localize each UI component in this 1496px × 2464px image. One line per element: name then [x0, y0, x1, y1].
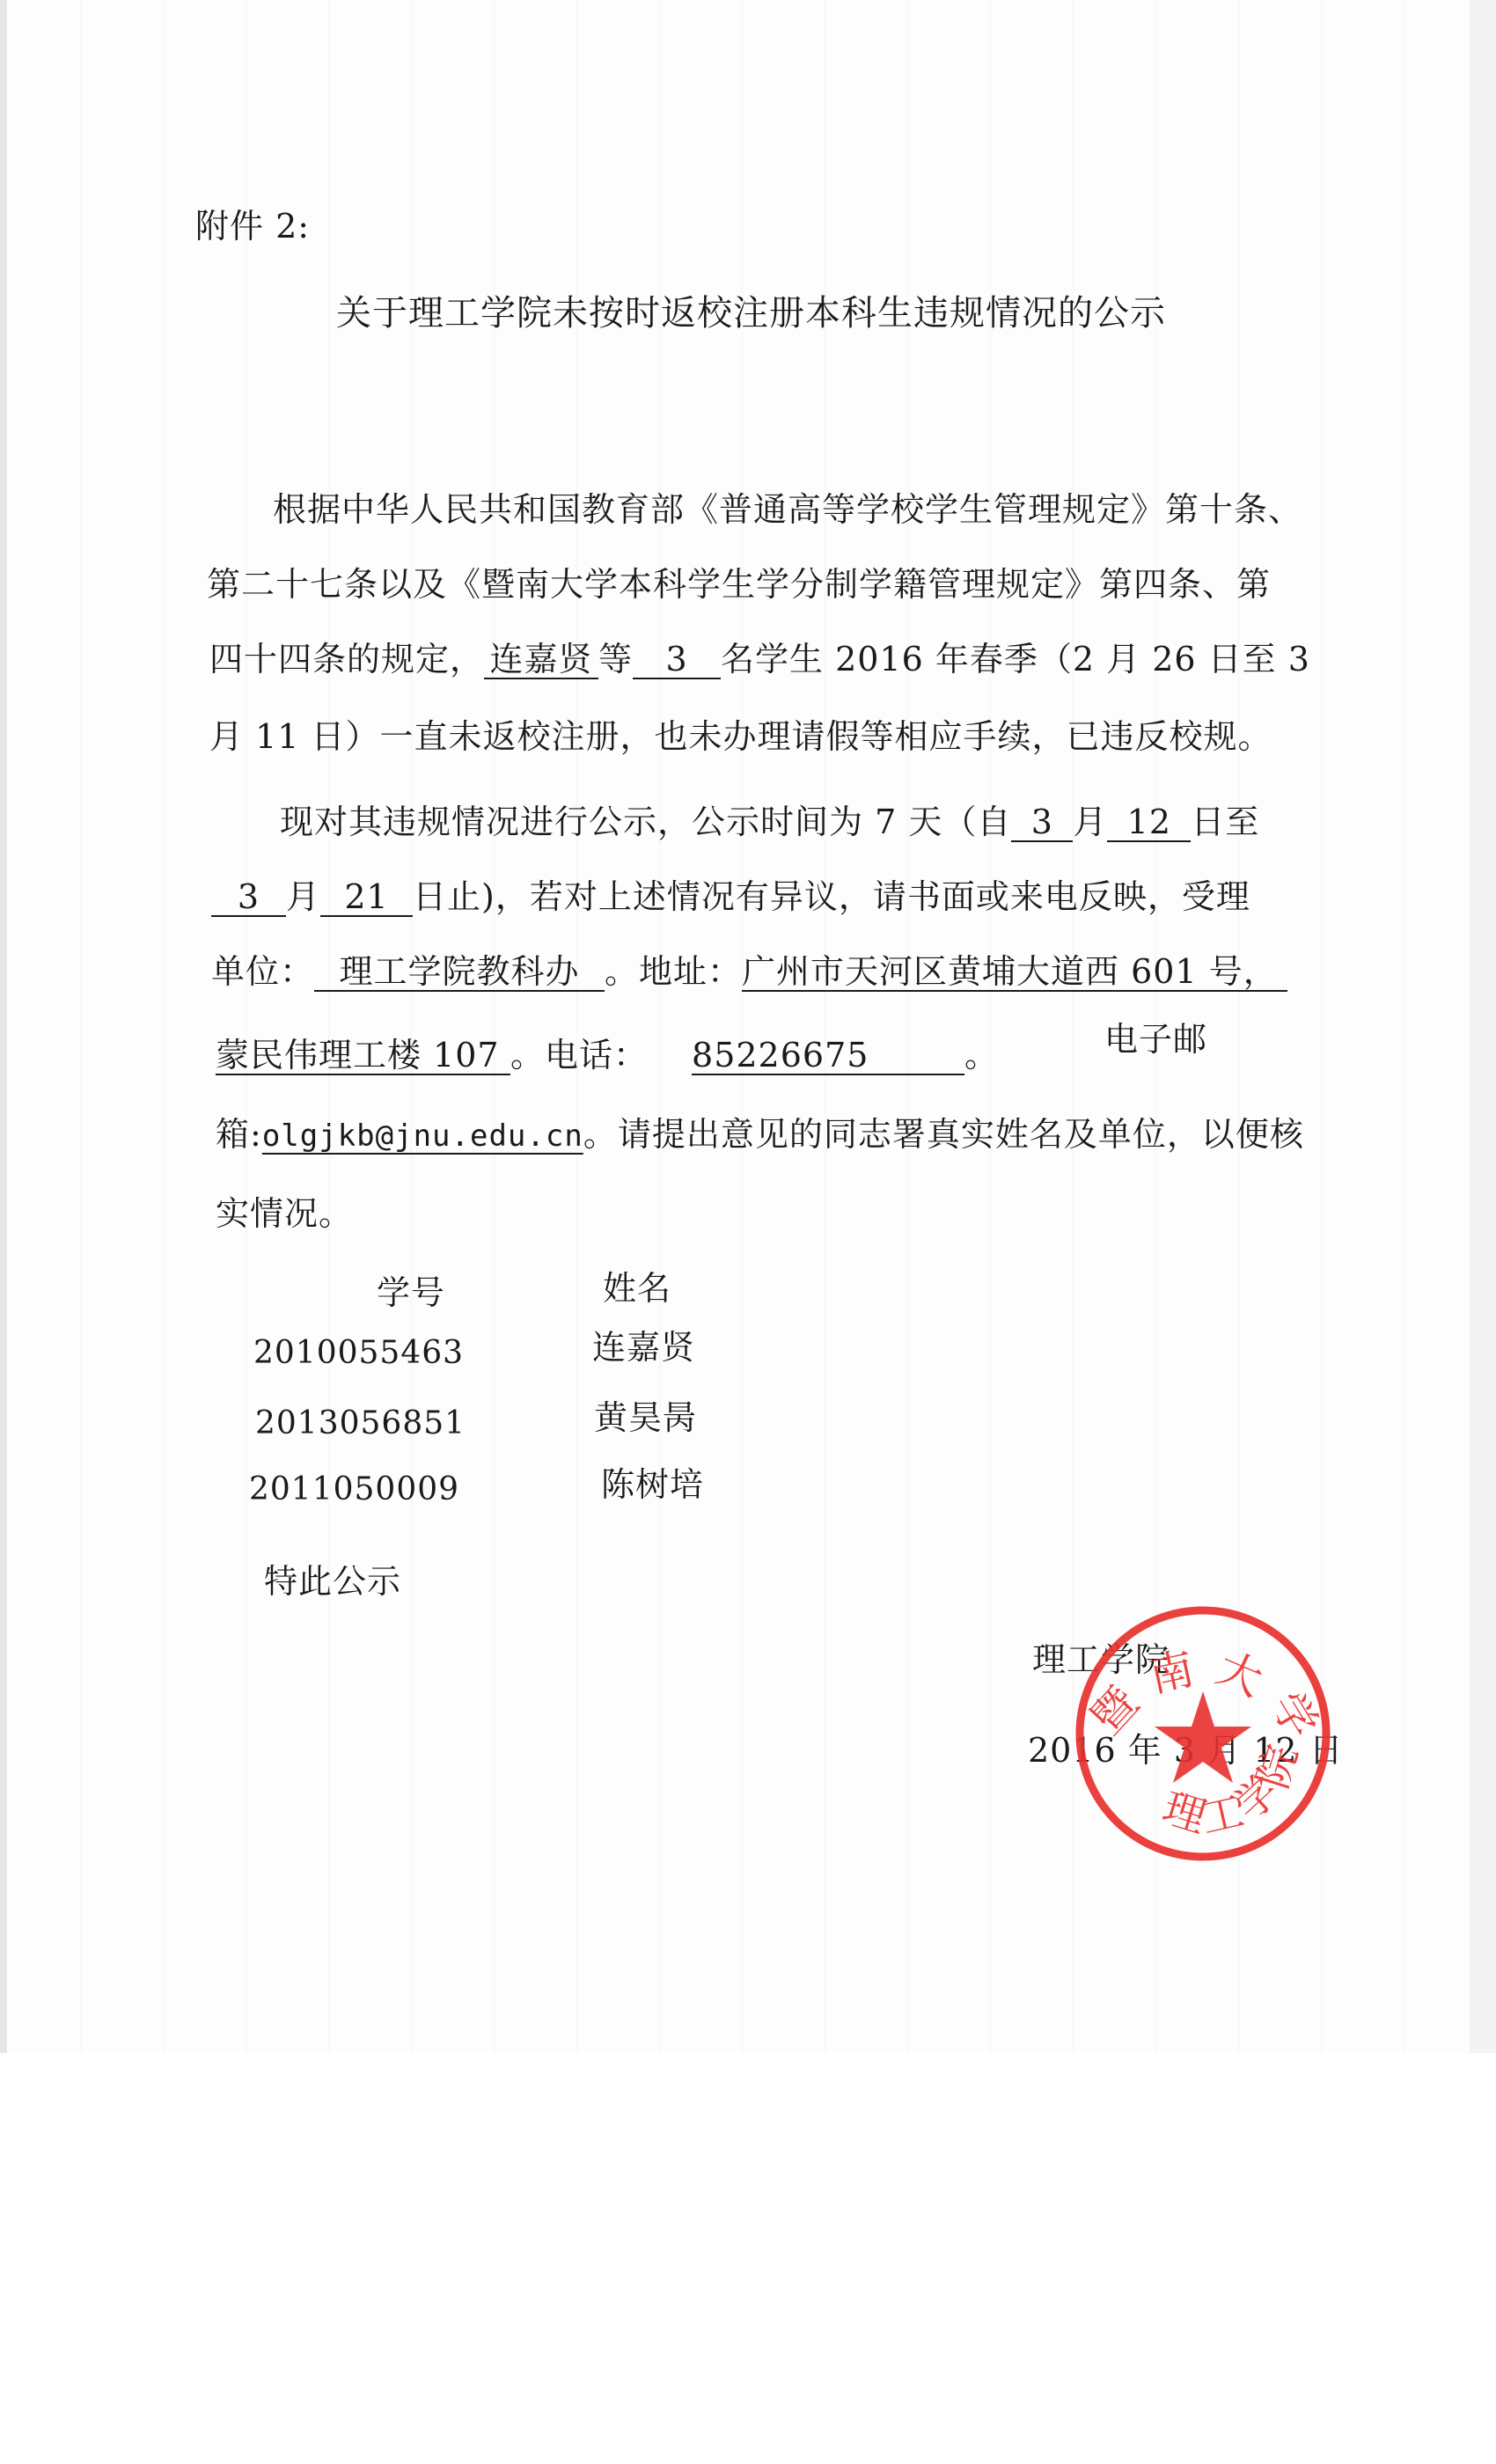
header-student-name: 姓名 [603, 1272, 671, 1305]
para1-line2: 第二十七条以及《暨南大学本科学生学分制学籍管理规定》第四条、第 [207, 568, 1271, 601]
para1-line1: 根据中华人民共和国教育部《普通高等学校学生管理规定》第十条、 [273, 493, 1302, 526]
student-count-blank: 3 [633, 642, 721, 679]
attachment-label: 附件 2: [195, 209, 310, 243]
para1-line4: 月 11 日）一直未返校注册，也未办理请假等相应手续，已违反校规。 [209, 720, 1272, 753]
email-link[interactable]: olgjkb@jnu.edu.cn [262, 1118, 583, 1154]
address-line1-blank: 广州市天河区黄埔大道西 601 号， [742, 955, 1287, 992]
phone-label: 。电话： [510, 1036, 648, 1074]
student-name-1: 连嘉贤 [592, 1331, 695, 1364]
para2-line4: 蒙民伟理工楼 107。电话：85226675。电子邮 [216, 1038, 1207, 1075]
para2-line5-suffix: 。请提出意见的同志署真实姓名及单位，以便核 [583, 1115, 1304, 1154]
student-id-1: 2010055463 [253, 1338, 464, 1369]
para2-line1: 现对其违规情况进行公示，公示时间为 7 天（自3月12日至 [280, 805, 1259, 842]
phone-period: 。 [964, 1036, 999, 1074]
end-day-blank: 21 [320, 880, 413, 917]
para2-line2-suffix: 日止)，若对上述情况有异议，请书面或来电反映，受理 [413, 877, 1250, 916]
para2-line5: 箱:olgjkb@jnu.edu.cn。请提出意见的同志署真实姓名及单位，以便核 [216, 1118, 1304, 1151]
para1-line3: 四十四条的规定，连嘉贤等3名学生 2016 年春季（2 月 26 日至 3 [209, 642, 1310, 679]
para2-last-line: 实情况。 [216, 1197, 353, 1230]
scan-edge-left [0, 0, 7, 2053]
email-label-part1: 电子邮 [1104, 1023, 1207, 1056]
address-line2-blank: 蒙民伟理工楼 107 [216, 1038, 510, 1075]
header-student-id: 学号 [377, 1276, 445, 1309]
scanned-page: 附件 2: 关于理工学院未按时返校注册本科生违规情况的公示 根据中华人民共和国教… [0, 0, 1496, 2053]
signature-date: 2016 年 3 月 12 日 [1028, 1734, 1344, 1767]
student-name-2: 黄昊昺 [594, 1401, 697, 1434]
student-name-blank: 连嘉贤 [484, 642, 598, 679]
document-title: 关于理工学院未按时返校注册本科生违规情况的公示 [336, 296, 1166, 331]
para2-line1-suffix: 日至 [1191, 803, 1259, 841]
start-month-blank: 3 [1011, 805, 1073, 842]
para1-deng: 等 [598, 640, 633, 678]
end-month-blank: 3 [211, 880, 286, 917]
para2-line3: 单位：理工学院教科办。地址：广州市天河区黄埔大道西 601 号， [211, 955, 1287, 992]
yue-label: 月 [1073, 803, 1107, 841]
yue-label-2: 月 [286, 877, 320, 916]
closing-text: 特此公示 [264, 1565, 401, 1598]
phone-value-blank: 85226675 [692, 1038, 964, 1075]
para2-line1-prefix: 现对其违规情况进行公示，公示时间为 7 天（自 [280, 803, 1011, 841]
student-name-3: 陈树培 [601, 1468, 704, 1501]
email-label-part2: 箱: [216, 1115, 262, 1154]
student-id-3: 2011050009 [249, 1474, 459, 1506]
para1-line3-suffix: 名学生 2016 年春季（2 月 26 日至 3 [721, 640, 1310, 678]
address-label: 。地址： [605, 952, 742, 991]
unit-label: 单位： [211, 952, 314, 991]
student-id-2: 2013056851 [255, 1408, 466, 1440]
para2-line2: 3月21日止)，若对上述情况有异议，请书面或来电反映，受理 [211, 880, 1250, 917]
start-day-blank: 12 [1107, 805, 1191, 842]
signature-org: 理工学院 [1032, 1643, 1170, 1676]
para1-line3-prefix: 四十四条的规定， [209, 640, 484, 678]
scan-edge-right [1470, 0, 1496, 2053]
unit-value-blank: 理工学院教科办 [314, 955, 605, 992]
